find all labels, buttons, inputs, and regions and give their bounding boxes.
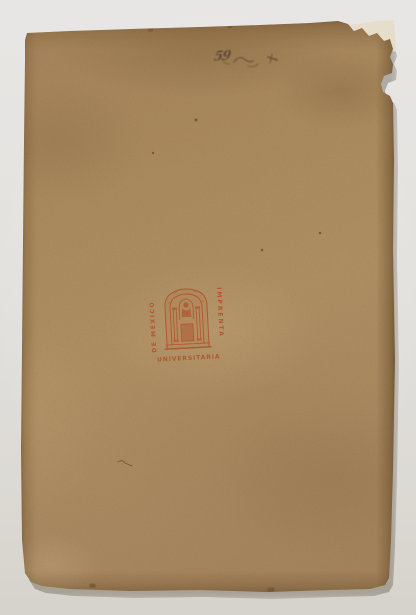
printer-stamp: DE MEXICO IMPRENTA UNIVERSITARIA	[148, 286, 226, 364]
pencil-scribble	[212, 47, 292, 77]
pencil-inscription: 59	[212, 47, 292, 77]
archway-emblem-icon	[161, 287, 212, 351]
book-back-cover: 59 DE MEXICO IMPRENTA	[21, 21, 395, 593]
